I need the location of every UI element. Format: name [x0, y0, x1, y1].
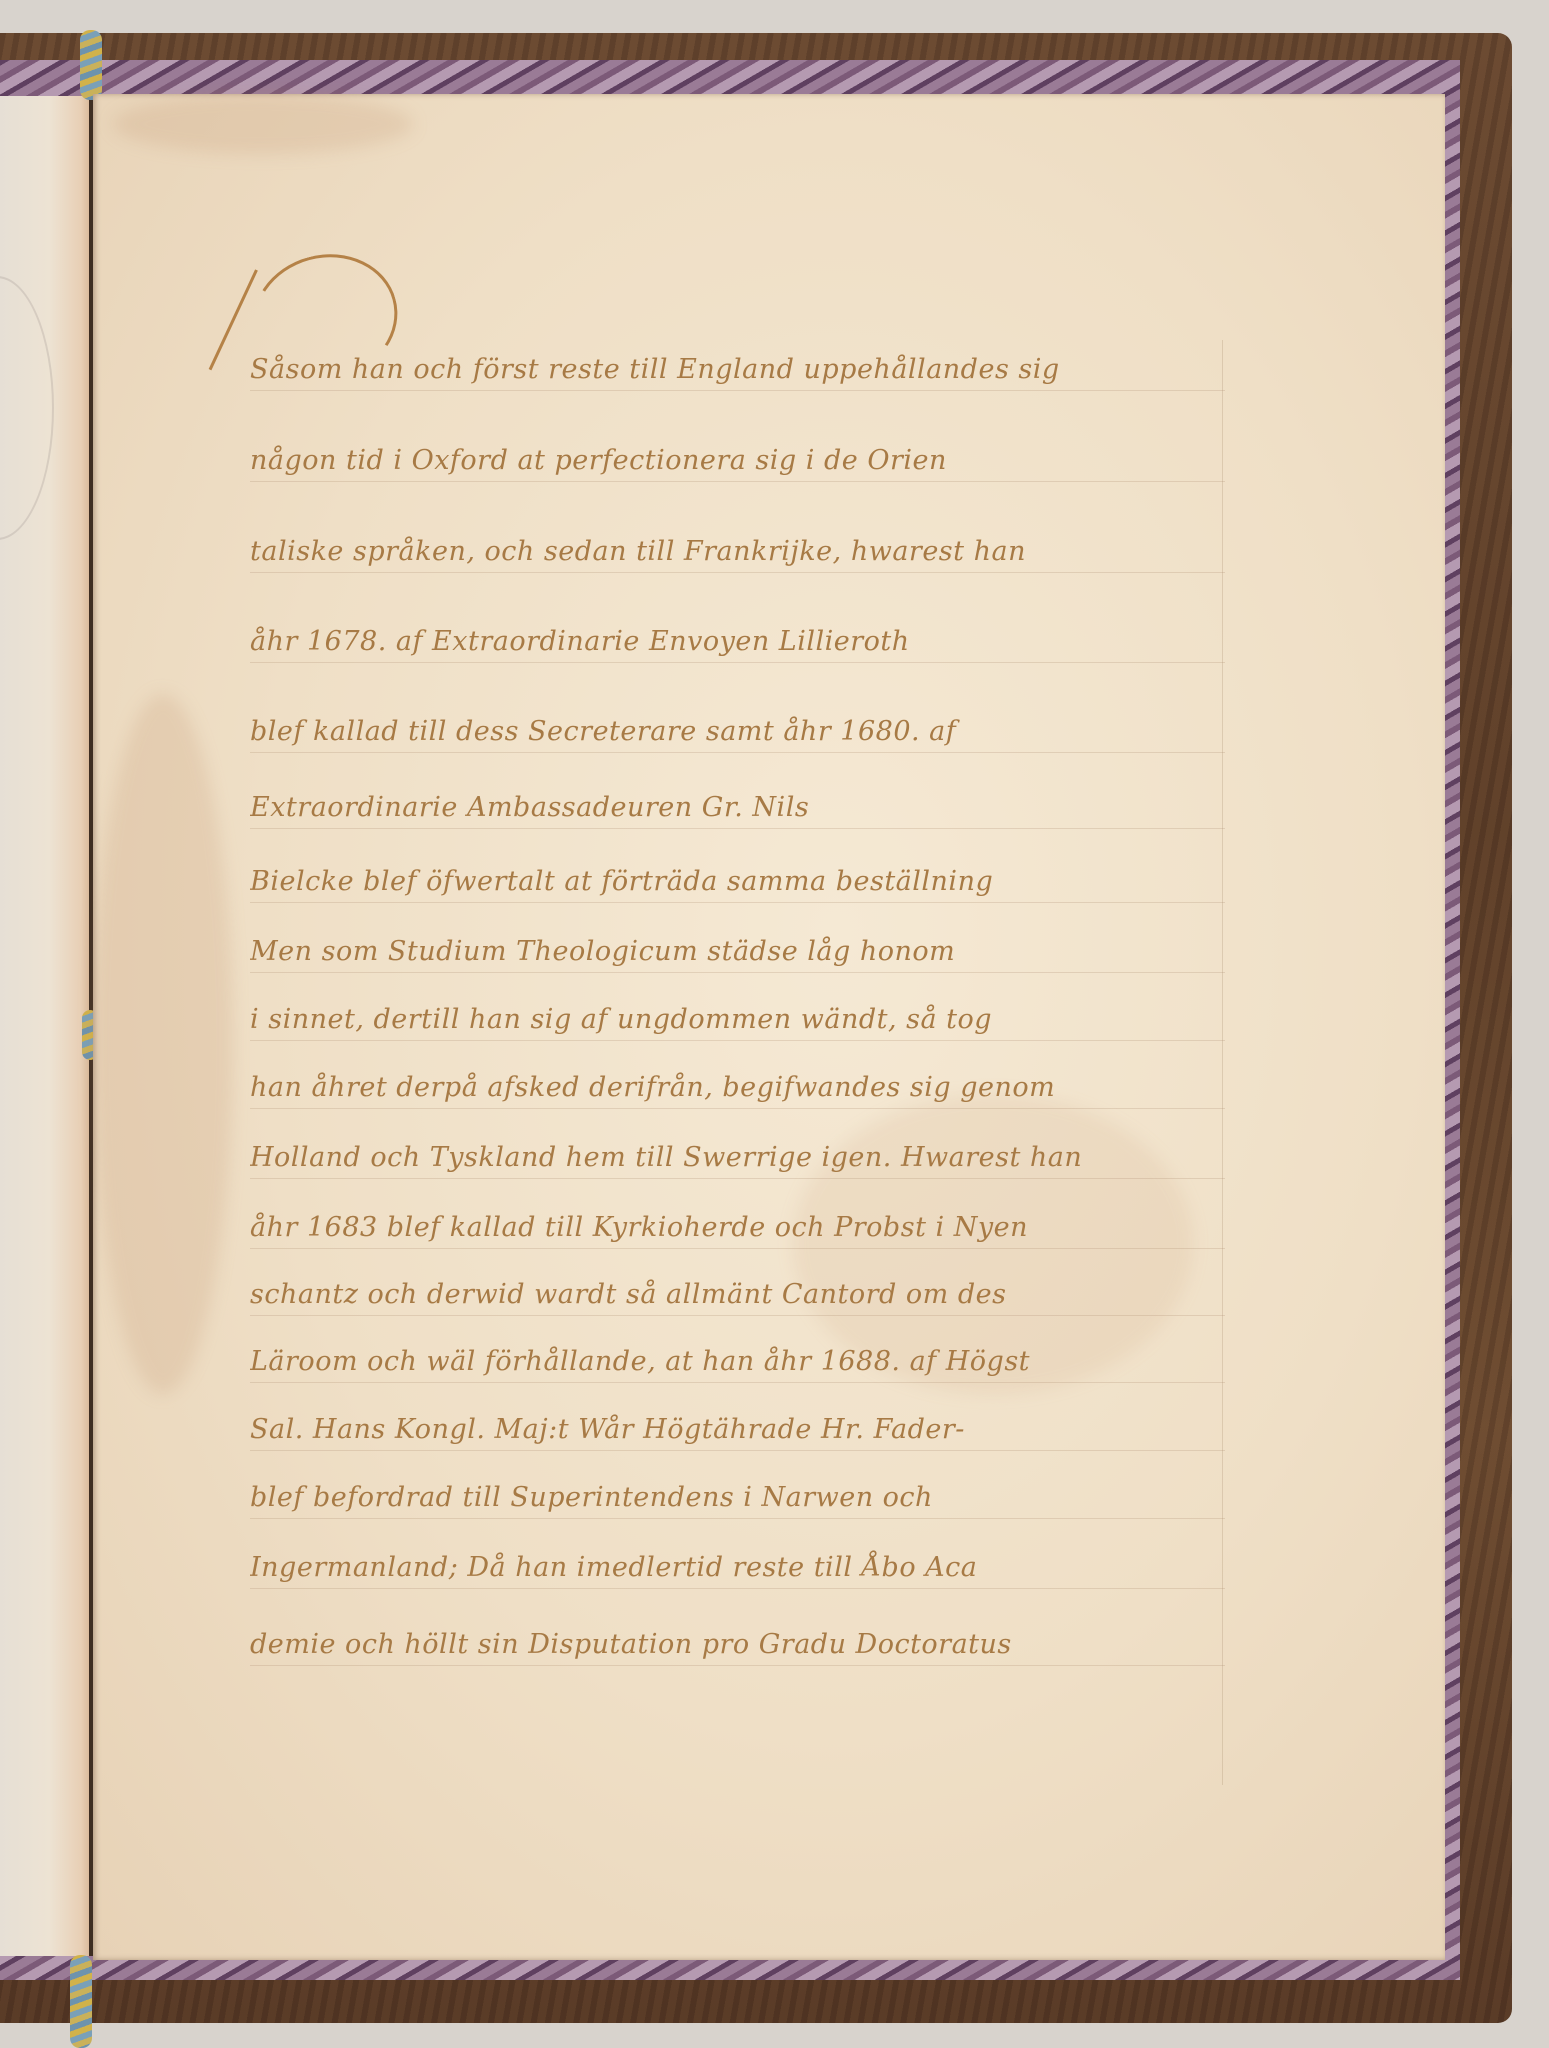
manuscript-line-3: taliske språken, och sedan till Frankrij… [250, 532, 1225, 573]
manuscript-line-11: Holland och Tyskland hem till Swerrige i… [250, 1138, 1225, 1179]
manuscript-line-9: i sinnet, dertill han sig af ungdommen w… [250, 1000, 1225, 1041]
manuscript-line-14: Läroom och wäl förhållande, at han åhr 1… [250, 1342, 1225, 1383]
binding-cord-top [80, 30, 102, 100]
binding-cord-bottom [70, 1955, 92, 2048]
manuscript-line-13: schantz och derwid wardt så allmänt Cant… [250, 1275, 1225, 1316]
manuscript-line-4: åhr 1678. af Extraordinarie Envoyen Lill… [250, 622, 1225, 663]
manuscript-line-12: åhr 1683 blef kallad till Kyrkioherde oc… [250, 1208, 1225, 1249]
manuscript-line-16: blef befordrad till Superintendens i Nar… [250, 1478, 1225, 1519]
edge-discoloration [93, 694, 233, 1394]
manuscript-line-2: någon tid i Oxford at perfectionera sig … [250, 441, 1225, 482]
manuscript-line-1: Såsom han och först reste till England u… [250, 350, 1225, 391]
bound-volume: Såsom han och först reste till England u… [0, 0, 1549, 2048]
manuscript-line-15: Sal. Hans Kongl. Maj:t Wår Högtährade Hr… [250, 1410, 1225, 1451]
manuscript-line-18: demie och höllt sin Disputation pro Grad… [250, 1625, 1225, 1666]
manuscript-line-6: Extraordinarie Ambassadeuren Gr. Nils [250, 788, 1225, 829]
left-flyleaf-page [0, 96, 90, 1956]
manuscript-line-17: Ingermanland; Då han imedlertid reste ti… [250, 1548, 1225, 1589]
manuscript-line-5: blef kallad till dess Secreterare samt å… [250, 712, 1225, 753]
manuscript-line-8: Men som Studium Theologicum städse låg h… [250, 932, 1225, 973]
manuscript-line-7: Bielcke blef öfwertalt at förträda samma… [250, 862, 1225, 903]
water-stain [113, 94, 413, 154]
faint-show-through-flourish [0, 276, 54, 540]
manuscript-line-10: han åhret derpå afsked derifrån, begifwa… [250, 1068, 1225, 1109]
